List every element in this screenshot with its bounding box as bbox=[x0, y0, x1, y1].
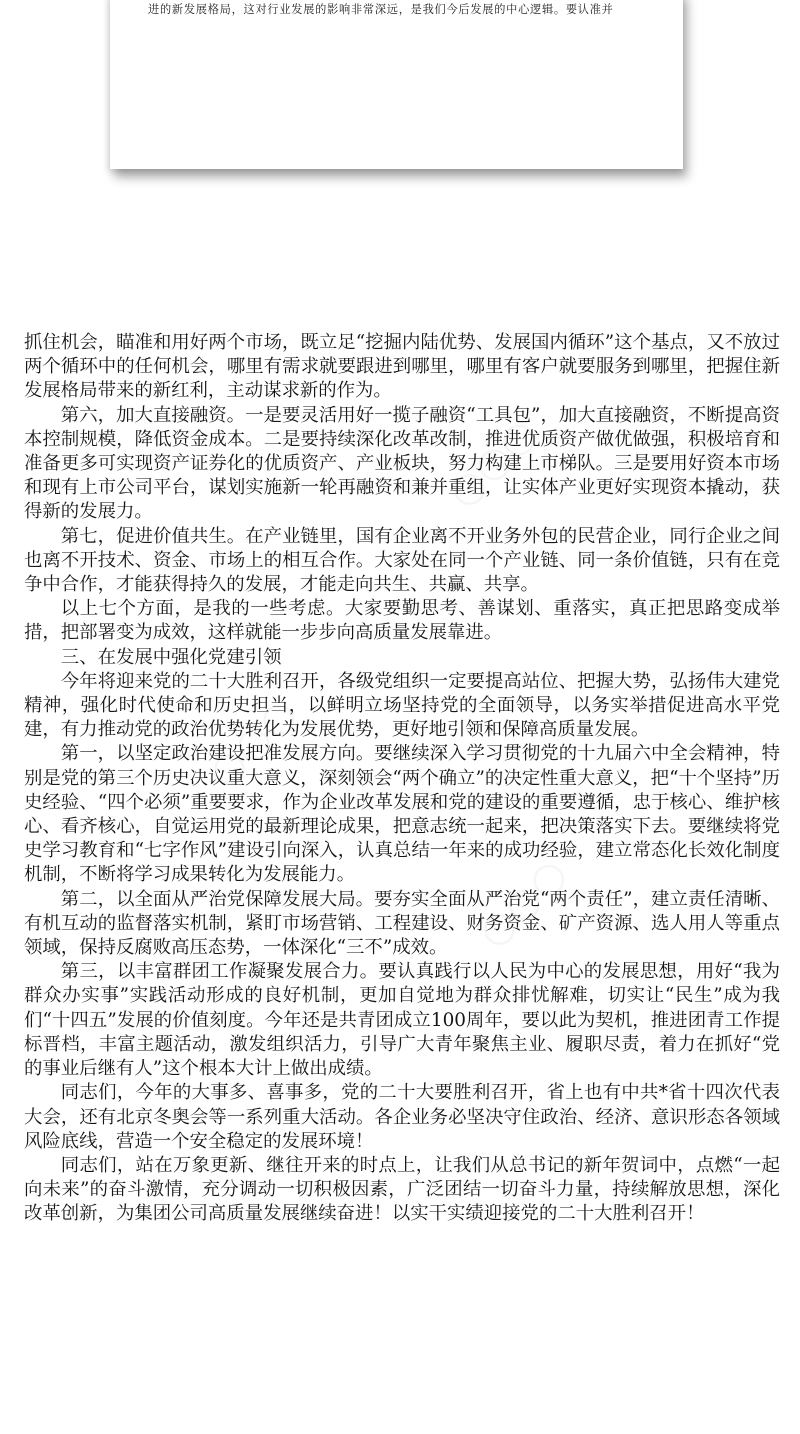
paragraph-comrades-1: 同志们，今年的大事多、喜事多，党的二十大要胜利召开，省上也有中共*省十四次代表大… bbox=[24, 1081, 780, 1154]
previous-page-preview: 进的新发展格局，这对行业发展的影响非常深远，是我们今后发展的中心逻辑。要认准并 bbox=[110, 0, 683, 169]
paragraph-section-intro: 今年将迎来党的二十大胜利召开，各级党组织一定要提高站位、把握大势，弘扬伟大建党精… bbox=[24, 670, 780, 743]
paragraph-third-point: 第三，以丰富群团工作凝聚发展合力。要认真践行以人民为中心的发展思想，用好“我为群… bbox=[24, 960, 780, 1081]
paragraph-sixth-point: 第六，加大直接融资。一是要灵活用好一揽子融资“工具包”，加大直接融资，不断提高资… bbox=[24, 404, 780, 525]
previous-page-text-line: 进的新发展格局，这对行业发展的影响非常深远，是我们今后发展的中心逻辑。要认准并 bbox=[148, 3, 668, 17]
document-body: 抓住机会，瞄准和用好两个市场，既立足“挖掘内陆优势、发展国内循环”这个基点，又不… bbox=[24, 331, 780, 1227]
paragraph-summary: 以上七个方面，是我的一些考虑。大家要勤思考、善谋划、重落实，真正把思路变成举措，… bbox=[24, 597, 780, 645]
paragraph-continuation: 抓住机会，瞄准和用好两个市场，既立足“挖掘内陆优势、发展国内循环”这个基点，又不… bbox=[24, 331, 780, 404]
paragraph-comrades-2: 同志们，站在万象更新、继往开来的时点上，让我们从总书记的新年贺词中，点燃“一起向… bbox=[24, 1154, 780, 1227]
paragraph-seventh-point: 第七，促进价值共生。在产业链里，国有企业离不开业务外包的民营企业，同行企业之间也… bbox=[24, 525, 780, 598]
paragraph-first-point: 第一，以坚定政治建设把准发展方向。要继续深入学习贯彻党的十九届六中全会精神，特别… bbox=[24, 742, 780, 887]
section-heading: 三、在发展中强化党建引领 bbox=[24, 646, 780, 670]
paragraph-second-point: 第二，以全面从严治党保障发展大局。要夯实全面从严治党“两个责任”，建立责任清晰、… bbox=[24, 888, 780, 961]
